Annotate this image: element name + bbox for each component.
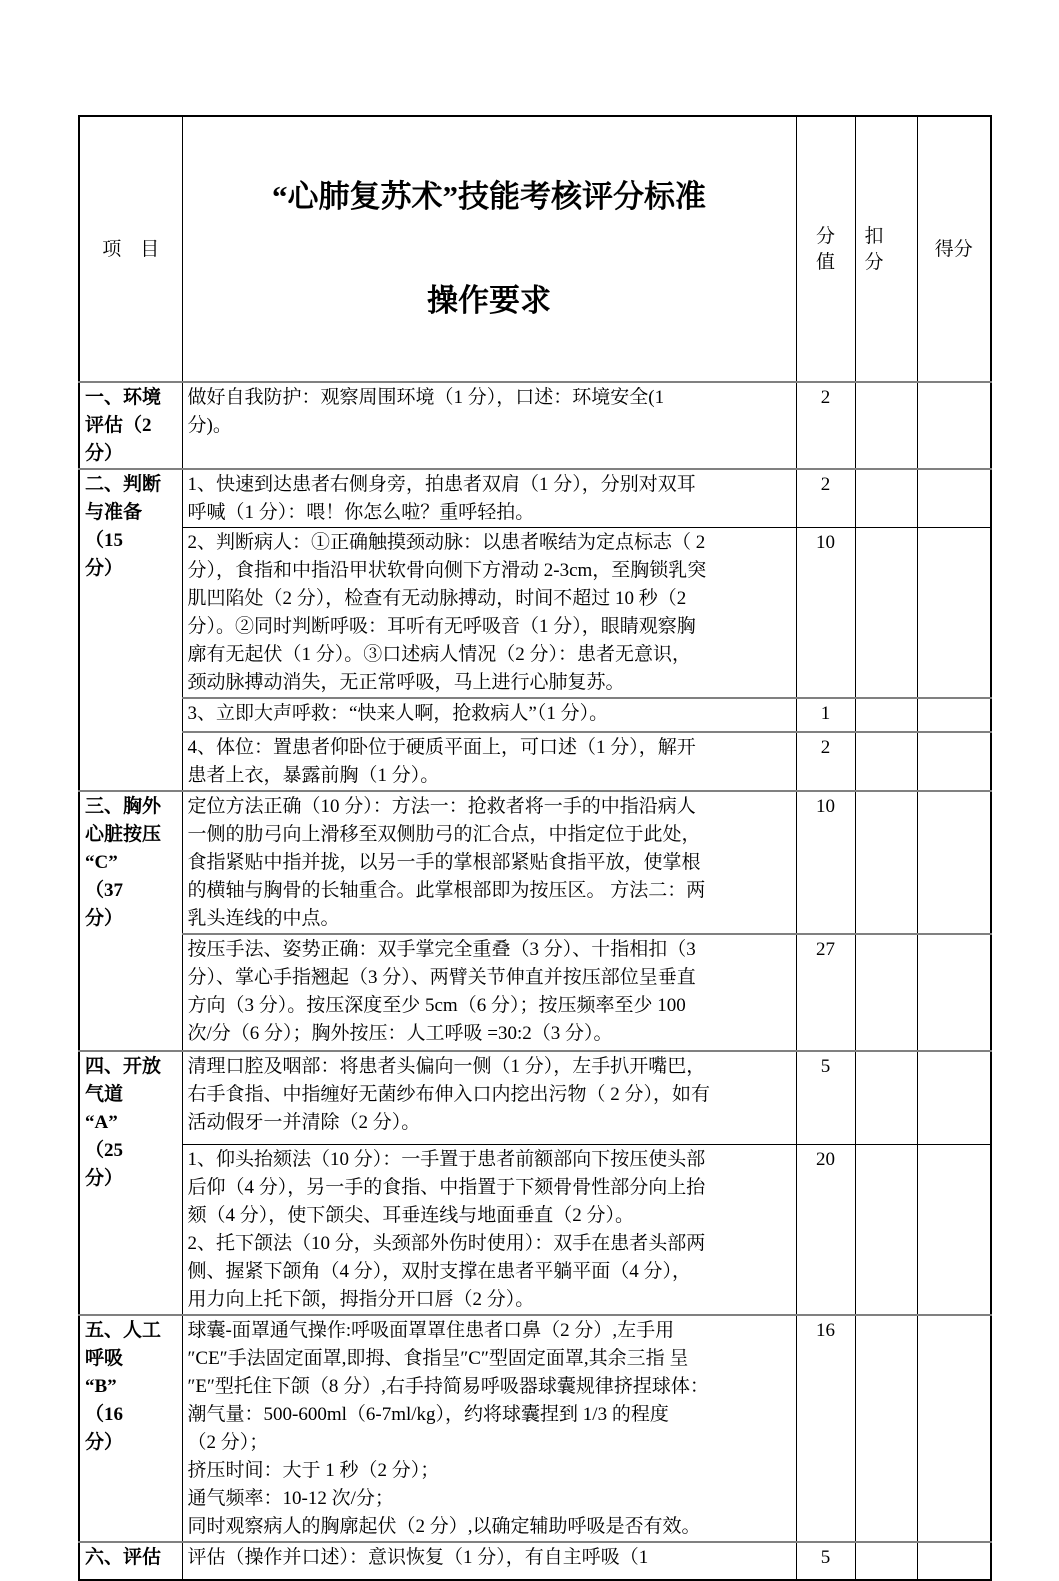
requirement-cell: 评估（操作并口述）：意识恢复（1 分），有自主呼吸（1 bbox=[182, 1542, 796, 1580]
column-header-earned: 得分 bbox=[917, 116, 991, 382]
column-header-deduction: 扣 分 bbox=[855, 116, 917, 382]
deduction-cell bbox=[855, 528, 917, 699]
requirement-cell: 清理口腔及咽部：将患者头偏向一侧（1 分），左手扒开嘴巴， 右手食指、中指缠好无… bbox=[182, 1051, 796, 1144]
deduction-cell bbox=[855, 1542, 917, 1580]
earned-score-cell bbox=[917, 382, 991, 469]
earned-score-cell bbox=[917, 1542, 991, 1580]
requirement-cell: 球囊-面罩通气操作:呼吸面罩罩住患者口鼻（2 分）,左手用 ″CE″手法固定面罩… bbox=[182, 1315, 796, 1542]
deduction-cell bbox=[855, 469, 917, 528]
table-row: 二、判断 与准备 （15 分） 1、快速到达患者右侧身旁，拍患者双肩（1 分），… bbox=[79, 469, 991, 528]
earned-score-cell bbox=[917, 934, 991, 1051]
table-title-line1: “心肺复苏术”技能考核评分标准 bbox=[187, 173, 792, 221]
item-cell: 一、环境 评估（2 分） bbox=[79, 382, 182, 469]
table-row: 一、环境 评估（2 分） 做好自我防护：观察周围环境（1 分），口述：环境安全(… bbox=[79, 382, 991, 469]
earned-score-cell bbox=[917, 1144, 991, 1315]
earned-score-cell bbox=[917, 528, 991, 699]
cpr-assessment-table: 项 目 “心肺复苏术”技能考核评分标准 操作要求 分 值 扣 分 得分 一、环境… bbox=[78, 115, 992, 1581]
requirement-cell: 按压手法、姿势正确：双手掌完全重叠（3 分）、十指相扣（3 分）、掌心手指翘起（… bbox=[182, 934, 796, 1051]
score-value-cell: 5 bbox=[796, 1542, 855, 1580]
item-cell: 四、开放 气道 “A” （25 分） bbox=[79, 1051, 182, 1315]
score-value-cell: 2 bbox=[796, 382, 855, 469]
deduction-cell bbox=[855, 791, 917, 934]
requirement-cell: 2、判断病人：①正确触摸颈动脉：以患者喉结为定点标志（ 2 分），食指和中指沿甲… bbox=[182, 528, 796, 699]
table-row: 2、判断病人：①正确触摸颈动脉：以患者喉结为定点标志（ 2 分），食指和中指沿甲… bbox=[79, 528, 991, 699]
item-cell: 六、评估 bbox=[79, 1542, 182, 1580]
deduction-cell bbox=[855, 732, 917, 791]
deduction-cell bbox=[855, 1144, 917, 1315]
document-page: { "table": { "header": { "item": "项 目", … bbox=[0, 0, 1059, 1497]
earned-score-cell bbox=[917, 732, 991, 791]
item-cell: 二、判断 与准备 （15 分） bbox=[79, 469, 182, 791]
score-value-cell: 10 bbox=[796, 528, 855, 699]
deduction-cell bbox=[855, 698, 917, 732]
earned-score-cell bbox=[917, 791, 991, 934]
requirement-cell: 1、仰头抬颏法（10 分）：一手置于患者前额部向下按压使头部 后仰（4 分），另… bbox=[182, 1144, 796, 1315]
table-row: 3、立即大声呼救：“快来人啊，抢救病人”（1 分）。 1 bbox=[79, 698, 991, 732]
requirement-cell: 定位方法正确（10 分）：方法一：抢救者将一手的中指沿病人 一侧的肋弓向上滑移至… bbox=[182, 791, 796, 934]
requirement-cell: 3、立即大声呼救：“快来人啊，抢救病人”（1 分）。 bbox=[182, 698, 796, 732]
table-title-line2: 操作要求 bbox=[187, 277, 792, 325]
score-value-cell: 20 bbox=[796, 1144, 855, 1315]
score-value-cell: 1 bbox=[796, 698, 855, 732]
earned-score-cell bbox=[917, 469, 991, 528]
column-header-item: 项 目 bbox=[79, 116, 182, 382]
table-title-cell: “心肺复苏术”技能考核评分标准 操作要求 bbox=[182, 116, 796, 382]
table-row: 四、开放 气道 “A” （25 分） 清理口腔及咽部：将患者头偏向一侧（1 分）… bbox=[79, 1051, 991, 1144]
deduction-cell bbox=[855, 382, 917, 469]
deduction-cell bbox=[855, 1315, 917, 1542]
score-value-cell: 27 bbox=[796, 934, 855, 1051]
deduction-cell bbox=[855, 934, 917, 1051]
earned-score-cell bbox=[917, 698, 991, 732]
score-value-cell: 16 bbox=[796, 1315, 855, 1542]
table-row: 1、仰头抬颏法（10 分）：一手置于患者前额部向下按压使头部 后仰（4 分），另… bbox=[79, 1144, 991, 1315]
score-value-cell: 2 bbox=[796, 469, 855, 528]
table-row: 4、体位：置患者仰卧位于硬质平面上，可口述（1 分），解开 患者上衣，暴露前胸（… bbox=[79, 732, 991, 791]
table-row: 按压手法、姿势正确：双手掌完全重叠（3 分）、十指相扣（3 分）、掌心手指翘起（… bbox=[79, 934, 991, 1051]
earned-score-cell bbox=[917, 1051, 991, 1144]
item-cell: 三、胸外 心脏按压 “C” （37 分） bbox=[79, 791, 182, 1051]
deduction-cell bbox=[855, 1051, 917, 1144]
assessment-table-container: 项 目 “心肺复苏术”技能考核评分标准 操作要求 分 值 扣 分 得分 一、环境… bbox=[78, 115, 992, 1581]
requirement-cell: 4、体位：置患者仰卧位于硬质平面上，可口述（1 分），解开 患者上衣，暴露前胸（… bbox=[182, 732, 796, 791]
earned-score-cell bbox=[917, 1315, 991, 1542]
table-row: 五、人工 呼吸 “B” （16 分） 球囊-面罩通气操作:呼吸面罩罩住患者口鼻（… bbox=[79, 1315, 991, 1542]
column-header-score: 分 值 bbox=[796, 116, 855, 382]
table-row: 六、评估 评估（操作并口述）：意识恢复（1 分），有自主呼吸（1 5 bbox=[79, 1542, 991, 1580]
table-header-row: 项 目 “心肺复苏术”技能考核评分标准 操作要求 分 值 扣 分 得分 bbox=[79, 116, 991, 382]
requirement-cell: 做好自我防护：观察周围环境（1 分），口述：环境安全(1 分)。 bbox=[182, 382, 796, 469]
requirement-cell: 1、快速到达患者右侧身旁，拍患者双肩（1 分），分别对双耳 呼喊（1 分）：喂！… bbox=[182, 469, 796, 528]
score-value-cell: 2 bbox=[796, 732, 855, 791]
item-cell: 五、人工 呼吸 “B” （16 分） bbox=[79, 1315, 182, 1542]
score-value-cell: 10 bbox=[796, 791, 855, 934]
table-row: 三、胸外 心脏按压 “C” （37 分） 定位方法正确（10 分）：方法一：抢救… bbox=[79, 791, 991, 934]
score-value-cell: 5 bbox=[796, 1051, 855, 1144]
